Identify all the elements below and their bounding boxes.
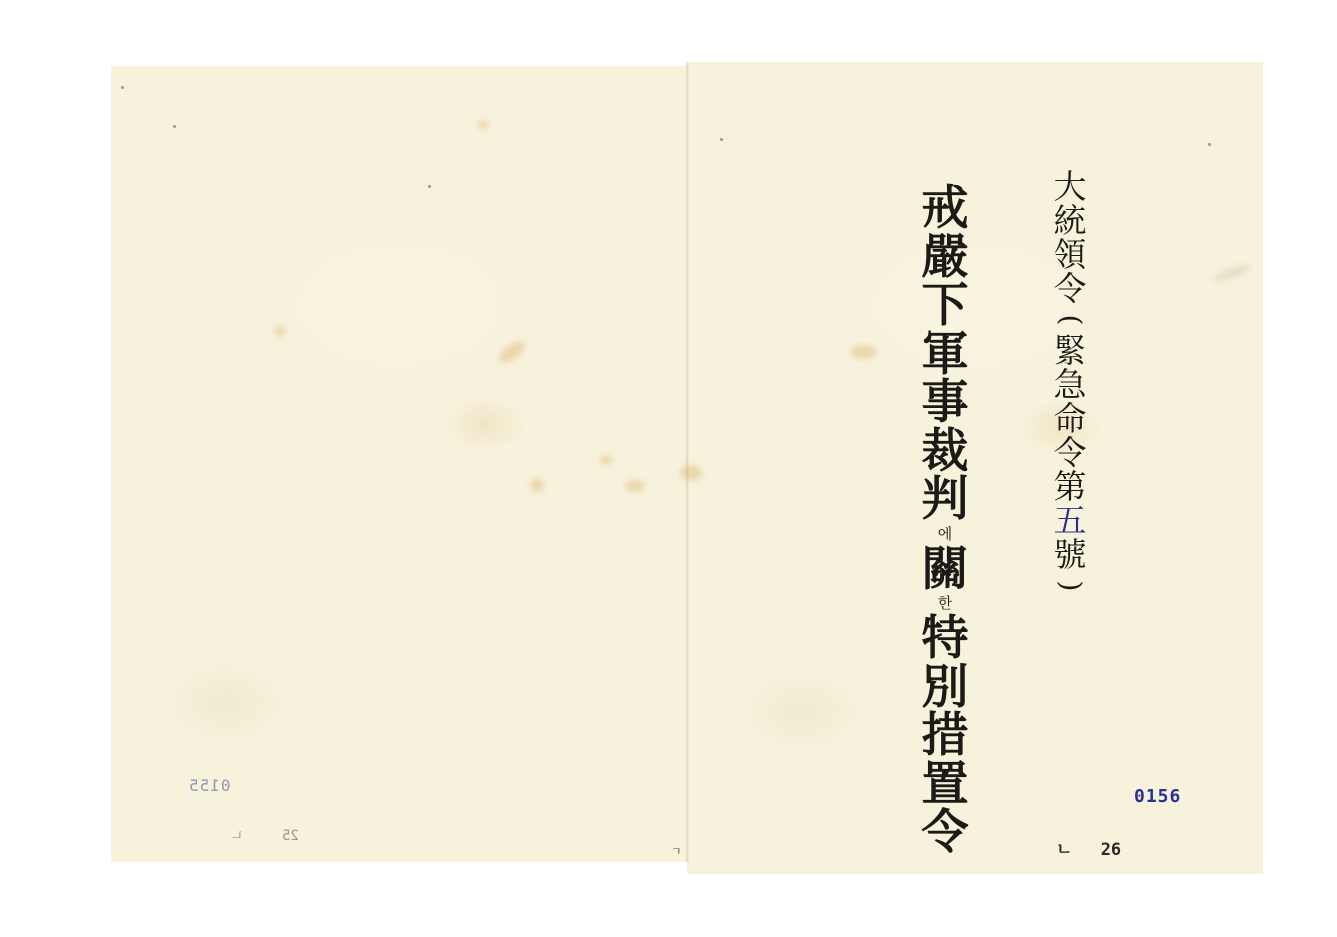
title-char: 關 (922, 546, 969, 593)
subtitle-char: 令 (1054, 436, 1087, 469)
ghost-page-mark: 25 ㄴ (230, 825, 299, 845)
title-char: 軍 (922, 331, 969, 378)
archive-stamp-number: 0156 (1134, 786, 1181, 807)
title-char: 措 (922, 712, 969, 759)
page-fold (686, 62, 689, 862)
subtitle-char: 領 (1054, 238, 1087, 271)
subtitle-char: 統 (1054, 204, 1087, 237)
fold-mark: ㄱ (671, 843, 682, 859)
stain (850, 345, 876, 359)
subtitle-char: 命 (1054, 402, 1087, 435)
ghost-stamp-number: 0155 (188, 776, 231, 795)
title-particle: 한 (938, 596, 953, 611)
title-char: 戒 (922, 185, 969, 232)
speck (720, 138, 723, 141)
title-char: 令 (922, 809, 969, 856)
speck (121, 86, 124, 89)
stain (600, 455, 612, 465)
subtitle-char: 號 (1054, 538, 1087, 571)
main-title-column: 戒 嚴 下 軍 事 裁 判 에 關 한 特 別 措 置 令 (905, 185, 985, 858)
subtitle-column: 大 統 領 令 ( 緊 急 命 令 第 五 號 ) (1045, 170, 1095, 600)
stain (478, 120, 488, 130)
title-char: 裁 (922, 428, 969, 475)
subtitle-char: 令 (1054, 272, 1087, 305)
speck (1208, 143, 1211, 146)
title-char: 下 (922, 282, 969, 329)
stain (530, 478, 544, 492)
title-char: 置 (922, 761, 969, 808)
page-mark: ㄴ 26 (1056, 835, 1121, 860)
handwritten-number: 五 (1054, 504, 1087, 537)
stain (625, 480, 645, 492)
subtitle-open-paren: ( (1056, 315, 1084, 326)
stain (275, 325, 285, 337)
subtitle-char: 急 (1054, 368, 1087, 401)
stain (680, 465, 702, 481)
title-char: 嚴 (922, 234, 969, 281)
page-mark-number: 26 (1101, 840, 1121, 860)
subtitle-char: 緊 (1054, 334, 1087, 367)
left-page (111, 66, 687, 862)
speck (173, 125, 176, 128)
title-char: 別 (922, 664, 969, 711)
title-char: 特 (922, 615, 969, 662)
title-char: 事 (922, 379, 969, 426)
subtitle-char: 第 (1054, 470, 1087, 503)
speck (428, 185, 431, 188)
title-particle: 에 (938, 527, 953, 542)
title-char: 判 (922, 476, 969, 523)
subtitle-char: 大 (1054, 170, 1087, 203)
page-mark-prefix: ㄴ (1056, 840, 1072, 860)
subtitle-close-paren: ) (1056, 581, 1084, 592)
